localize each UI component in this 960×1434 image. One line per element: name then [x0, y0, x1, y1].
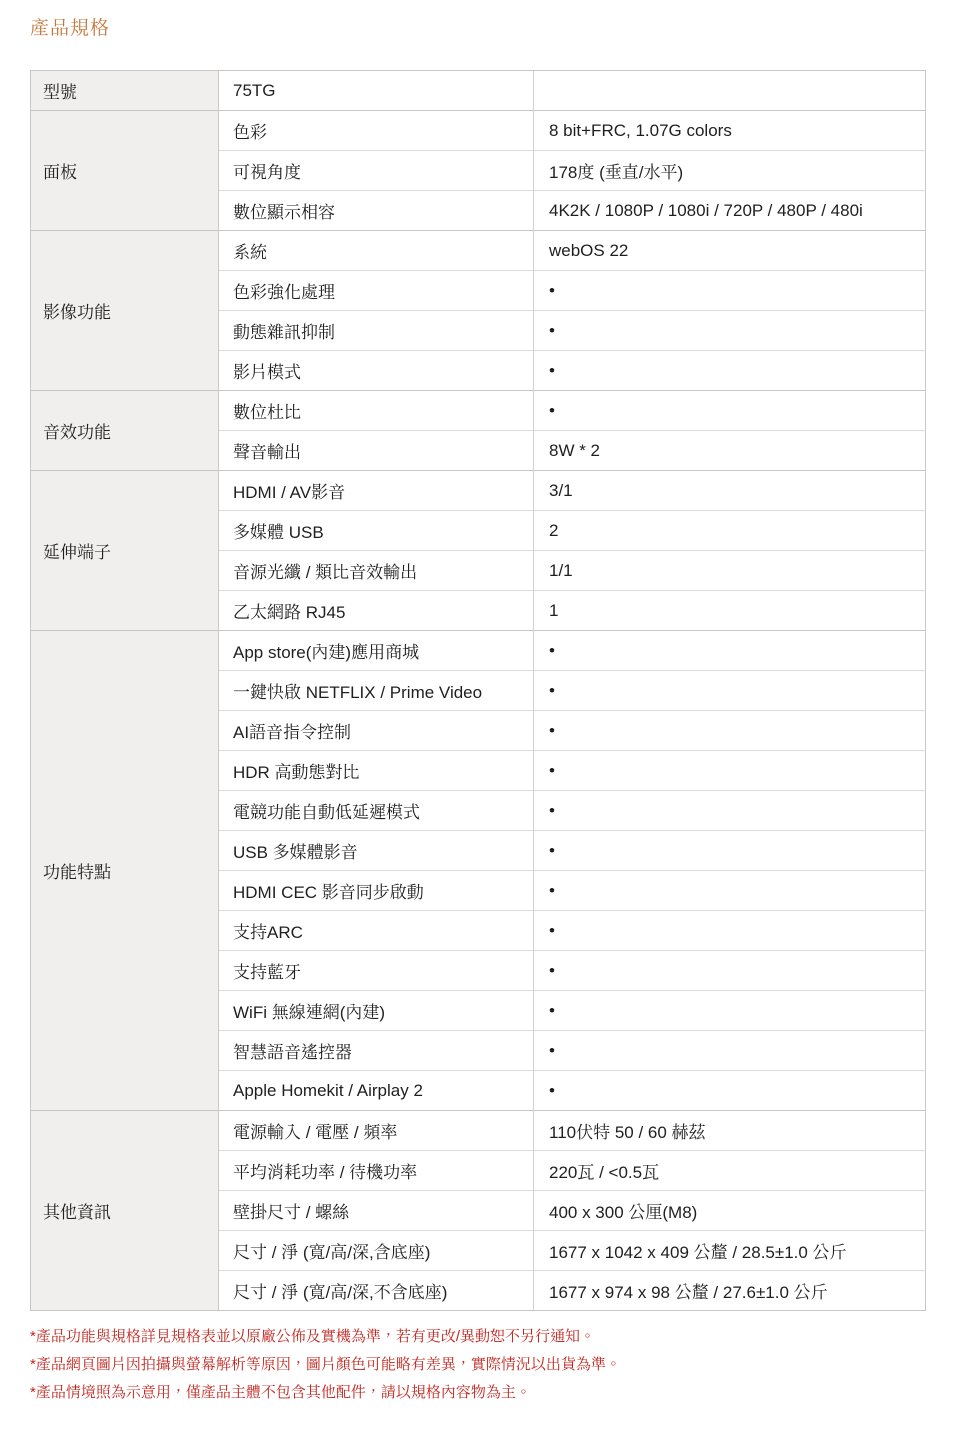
table-row: 其他資訊電源輸入 / 電壓 / 頻率110伏特 50 / 60 赫茲	[31, 1111, 926, 1151]
spec-name-cell: 電競功能自動低延遲模式	[219, 791, 534, 831]
spec-value-cell: 8W * 2	[534, 431, 926, 471]
spec-value-cell: •	[534, 791, 926, 831]
spec-name-cell: 尺寸 / 淨 (寬/高/深,不含底座)	[219, 1271, 534, 1311]
spec-name-cell: HDMI / AV影音	[219, 471, 534, 511]
spec-name-cell: 支持藍牙	[219, 951, 534, 991]
category-cell: 影像功能	[31, 231, 219, 391]
spec-value-cell: •	[534, 391, 926, 431]
spec-table-body: 型號75TG面板色彩8 bit+FRC, 1.07G colors可視角度178…	[31, 71, 926, 1311]
category-cell: 音效功能	[31, 391, 219, 471]
spec-value-cell: 110伏特 50 / 60 赫茲	[534, 1111, 926, 1151]
spec-name-cell: 多媒體 USB	[219, 511, 534, 551]
spec-name-cell: HDMI CEC 影音同步啟動	[219, 871, 534, 911]
spec-value-cell: •	[534, 671, 926, 711]
footnotes: *產品功能與規格詳見規格表並以原廠公佈及實機為準，若有更改/異動恕不另行通知。*…	[30, 1323, 930, 1407]
spec-value-cell: •	[534, 911, 926, 951]
spec-name-cell: 色彩強化處理	[219, 271, 534, 311]
spec-name-cell: 音源光纖 / 類比音效輸出	[219, 551, 534, 591]
spec-value-cell: •	[534, 1071, 926, 1111]
spec-value-cell: •	[534, 1031, 926, 1071]
category-cell: 面板	[31, 111, 219, 231]
spec-value-cell: 2	[534, 511, 926, 551]
spec-name-cell: App store(內建)應用商城	[219, 631, 534, 671]
category-cell: 功能特點	[31, 631, 219, 1111]
table-row: 音效功能數位杜比•	[31, 391, 926, 431]
spec-name-cell: 系統	[219, 231, 534, 271]
category-cell: 其他資訊	[31, 1111, 219, 1311]
spec-value-cell: •	[534, 311, 926, 351]
spec-name-cell: 電源輸入 / 電壓 / 頻率	[219, 1111, 534, 1151]
table-row: 功能特點App store(內建)應用商城•	[31, 631, 926, 671]
spec-value-cell: 400 x 300 公厘(M8)	[534, 1191, 926, 1231]
spec-name-cell: 聲音輸出	[219, 431, 534, 471]
spec-value-cell: 1677 x 1042 x 409 公釐 / 28.5±1.0 公斤	[534, 1231, 926, 1271]
spec-name-cell: 乙太網路 RJ45	[219, 591, 534, 631]
spec-name-cell: 尺寸 / 淨 (寬/高/深,含底座)	[219, 1231, 534, 1271]
spec-value-cell: webOS 22	[534, 231, 926, 271]
spec-name-cell: 壁掛尺寸 / 螺絲	[219, 1191, 534, 1231]
spec-value-cell: •	[534, 871, 926, 911]
spec-name-cell: 75TG	[219, 71, 534, 111]
footnote: *產品網頁圖片因拍攝與螢幕解析等原因，圖片顏色可能略有差異，實際情況以出貨為準。	[30, 1351, 930, 1379]
spec-value-cell: 8 bit+FRC, 1.07G colors	[534, 111, 926, 151]
spec-name-cell: 一鍵快啟 NETFLIX / Prime Video	[219, 671, 534, 711]
spec-name-cell: 可視角度	[219, 151, 534, 191]
table-row: 延伸端子HDMI / AV影音3/1	[31, 471, 926, 511]
spec-name-cell: USB 多媒體影音	[219, 831, 534, 871]
spec-value-cell: •	[534, 951, 926, 991]
spec-value-cell: •	[534, 831, 926, 871]
category-cell: 型號	[31, 71, 219, 111]
category-cell: 延伸端子	[31, 471, 219, 631]
spec-value-cell: •	[534, 631, 926, 671]
spec-value-cell	[534, 71, 926, 111]
spec-name-cell: AI語音指令控制	[219, 711, 534, 751]
spec-value-cell: •	[534, 271, 926, 311]
footnote: *產品功能與規格詳見規格表並以原廠公佈及實機為準，若有更改/異動恕不另行通知。	[30, 1323, 930, 1351]
spec-name-cell: WiFi 無線連網(內建)	[219, 991, 534, 1031]
spec-value-cell: 4K2K / 1080P / 1080i / 720P / 480P / 480…	[534, 191, 926, 231]
spec-value-cell: 3/1	[534, 471, 926, 511]
table-row: 型號75TG	[31, 71, 926, 111]
spec-table: 型號75TG面板色彩8 bit+FRC, 1.07G colors可視角度178…	[30, 70, 926, 1311]
product-spec-page: 產品規格 型號75TG面板色彩8 bit+FRC, 1.07G colors可視…	[0, 0, 960, 1427]
spec-value-cell: •	[534, 991, 926, 1031]
page-title: 產品規格	[30, 18, 930, 40]
spec-value-cell: •	[534, 351, 926, 391]
spec-name-cell: 數位顯示相容	[219, 191, 534, 231]
spec-value-cell: 220瓦 / <0.5瓦	[534, 1151, 926, 1191]
spec-value-cell: •	[534, 751, 926, 791]
table-row: 面板色彩8 bit+FRC, 1.07G colors	[31, 111, 926, 151]
table-row: 影像功能系統webOS 22	[31, 231, 926, 271]
spec-name-cell: HDR 高動態對比	[219, 751, 534, 791]
spec-value-cell: 1/1	[534, 551, 926, 591]
spec-name-cell: 色彩	[219, 111, 534, 151]
spec-name-cell: 智慧語音遙控器	[219, 1031, 534, 1071]
spec-value-cell: 1677 x 974 x 98 公釐 / 27.6±1.0 公斤	[534, 1271, 926, 1311]
spec-name-cell: 影片模式	[219, 351, 534, 391]
spec-name-cell: 動態雜訊抑制	[219, 311, 534, 351]
spec-value-cell: 1	[534, 591, 926, 631]
spec-name-cell: 平均消耗功率 / 待機功率	[219, 1151, 534, 1191]
footnote: *產品情境照為示意用，僅產品主體不包含其他配件，請以規格內容物為主。	[30, 1379, 930, 1407]
spec-value-cell: •	[534, 711, 926, 751]
spec-name-cell: 數位杜比	[219, 391, 534, 431]
spec-name-cell: 支持ARC	[219, 911, 534, 951]
spec-name-cell: Apple Homekit / Airplay 2	[219, 1071, 534, 1111]
spec-value-cell: 178度 (垂直/水平)	[534, 151, 926, 191]
